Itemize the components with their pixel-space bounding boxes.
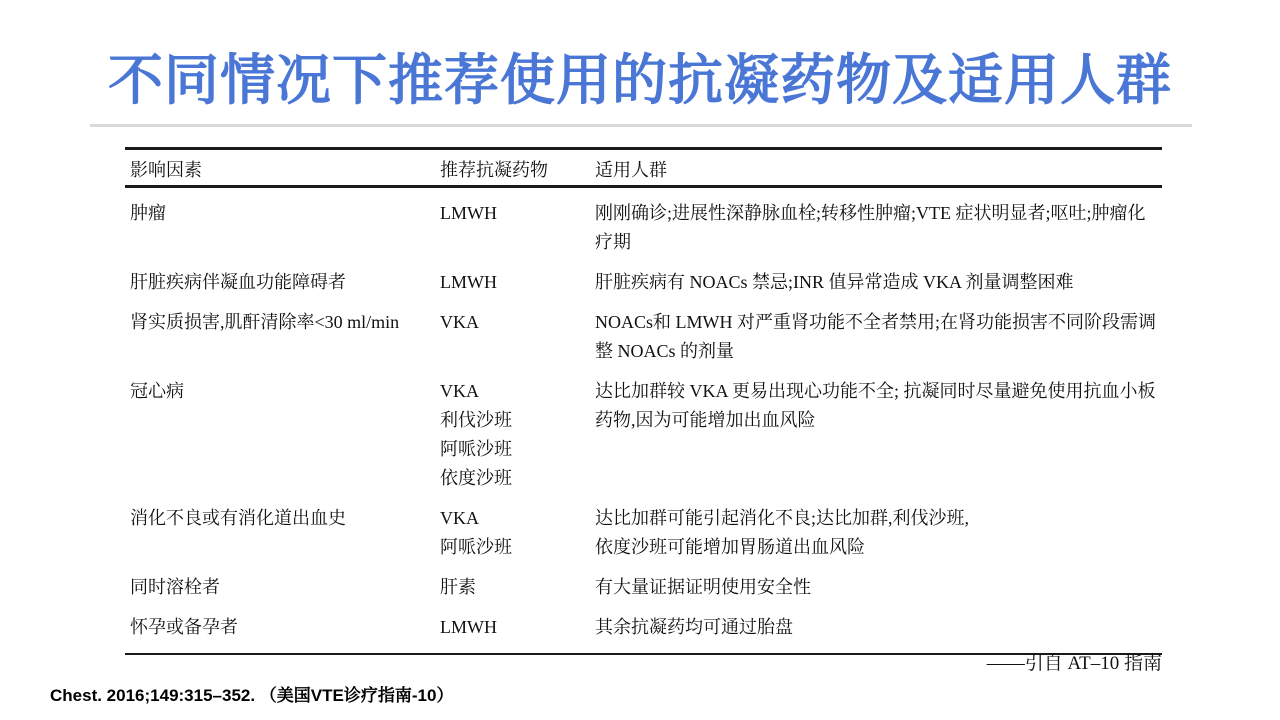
header-cell-factor: 影响因素 [130,156,440,185]
text-line: 肿瘤 [130,199,440,228]
table-row: 冠心病VKA利伐沙班阿哌沙班依度沙班达比加群较 VKA 更易出现心功能不全; 抗… [125,377,1162,493]
text-line: 肝脏疾病伴凝血功能障碍者 [130,268,440,297]
text-line: 依度沙班 [440,464,595,493]
page-title: 不同情况下推荐使用的抗凝药物及适用人群 [0,50,1280,110]
cell-population: 肝脏疾病有 NOACs 禁忌;INR 值异常造成 VKA 剂量调整困难 [595,268,1162,297]
cell-population: 刚刚确诊;进展性深静脉血栓;转移性肿瘤;VTE 症状明显者;呕吐;肿瘤化疗期 [595,199,1162,257]
text-line: 同时溶栓者 [130,573,440,602]
text-line: 消化不良或有消化道出血史 [130,504,440,533]
table-row: 消化不良或有消化道出血史VKA阿哌沙班达比加群可能引起消化不良;达比加群,利伐沙… [125,504,1162,562]
text-line: 药物,因为可能增加出血风险 [595,406,1162,435]
cell-population: 达比加群可能引起消化不良;达比加群,利伐沙班,依度沙班可能增加胃肠道出血风险 [595,504,1162,562]
text-line: NOACs和 LMWH 对严重肾功能不全者禁用;在肾功能损害不同阶段需调 [595,308,1162,337]
text-line: 冠心病 [130,377,440,406]
cell-factor: 肿瘤 [130,199,440,257]
cell-factor: 消化不良或有消化道出血史 [130,504,440,562]
citation-footer: Chest. 2016;149:315–352. （美国VTE诊疗指南-10） [50,684,453,708]
table-header-row: 影响因素 推荐抗凝药物 适用人群 [125,150,1162,188]
text-line: 依度沙班可能增加胃肠道出血风险 [595,533,1162,562]
text-line: 肝脏疾病有 NOACs 禁忌;INR 值异常造成 VKA 剂量调整困难 [595,268,1162,297]
header-cell-population: 适用人群 [595,156,1162,185]
text-line: 阿哌沙班 [440,435,595,464]
cell-population: 其余抗凝药均可通过胎盘 [595,613,1162,642]
header-cell-drug: 推荐抗凝药物 [440,156,595,185]
text-line: 整 NOACs 的剂量 [595,337,1162,366]
text-line: 疗期 [595,228,1162,257]
text-line: VKA [440,377,595,406]
table-row: 怀孕或备孕者LMWH其余抗凝药均可通过胎盘 [125,613,1162,642]
table-row: 肝脏疾病伴凝血功能障碍者LMWH肝脏疾病有 NOACs 禁忌;INR 值异常造成… [125,268,1162,297]
table-row: 肾实质损害,肌酐清除率<30 ml/minVKANOACs和 LMWH 对严重肾… [125,308,1162,366]
text-line: 怀孕或备孕者 [130,613,440,642]
text-line: 肾实质损害,肌酐清除率<30 ml/min [130,308,440,337]
text-line: 肝素 [440,573,595,602]
text-line: VKA [440,308,595,337]
text-line: VKA [440,504,595,533]
text-line: 阿哌沙班 [440,533,595,562]
cell-population: 达比加群较 VKA 更易出现心功能不全; 抗凝同时尽量避免使用抗血小板药物,因为… [595,377,1162,493]
cell-drugs: 肝素 [440,573,595,602]
table-row: 肿瘤LMWH刚刚确诊;进展性深静脉血栓;转移性肿瘤;VTE 症状明显者;呕吐;肿… [125,199,1162,257]
cell-drugs: LMWH [440,613,595,642]
text-line: 利伐沙班 [440,406,595,435]
cell-factor: 同时溶栓者 [130,573,440,602]
table-body: 肿瘤LMWH刚刚确诊;进展性深静脉血栓;转移性肿瘤;VTE 症状明显者;呕吐;肿… [125,188,1162,655]
source-note: ——引自 AT–10 指南 [987,651,1162,677]
text-line: LMWH [440,268,595,297]
cell-factor: 肝脏疾病伴凝血功能障碍者 [130,268,440,297]
cell-factor: 怀孕或备孕者 [130,613,440,642]
cell-population: NOACs和 LMWH 对严重肾功能不全者禁用;在肾功能损害不同阶段需调整 NO… [595,308,1162,366]
cell-factor: 肾实质损害,肌酐清除率<30 ml/min [130,308,440,366]
cell-drugs: LMWH [440,268,595,297]
title-divider [90,124,1192,127]
cell-population: 有大量证据证明使用安全性 [595,573,1162,602]
slide: 不同情况下推荐使用的抗凝药物及适用人群 影响因素 推荐抗凝药物 适用人群 肿瘤L… [0,0,1280,720]
cell-drugs: VKA利伐沙班阿哌沙班依度沙班 [440,377,595,493]
text-line: 达比加群可能引起消化不良;达比加群,利伐沙班, [595,504,1162,533]
text-line: LMWH [440,613,595,642]
text-line: 达比加群较 VKA 更易出现心功能不全; 抗凝同时尽量避免使用抗血小板 [595,377,1162,406]
cell-drugs: LMWH [440,199,595,257]
text-line: 有大量证据证明使用安全性 [595,573,1162,602]
text-line: 刚刚确诊;进展性深静脉血栓;转移性肿瘤;VTE 症状明显者;呕吐;肿瘤化 [595,199,1162,228]
anticoagulant-table: 影响因素 推荐抗凝药物 适用人群 肿瘤LMWH刚刚确诊;进展性深静脉血栓;转移性… [125,147,1162,655]
text-line: LMWH [440,199,595,228]
cell-drugs: VKA [440,308,595,366]
table-row: 同时溶栓者肝素有大量证据证明使用安全性 [125,573,1162,602]
text-line: 其余抗凝药均可通过胎盘 [595,613,1162,642]
cell-drugs: VKA阿哌沙班 [440,504,595,562]
cell-factor: 冠心病 [130,377,440,493]
